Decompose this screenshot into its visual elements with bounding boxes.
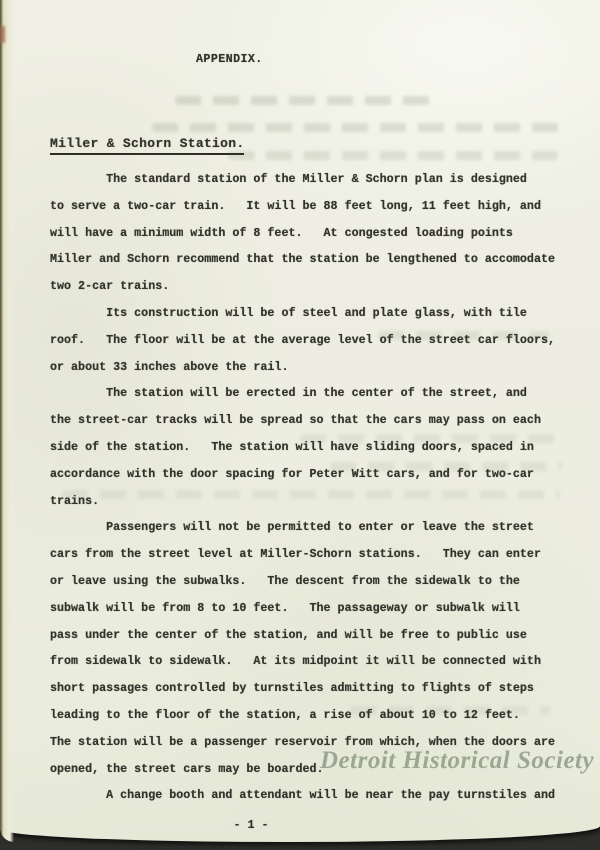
bleed-through-line	[152, 123, 560, 132]
paper-sheet: APPENDIX. Miller & Schorn Station. The s…	[0, 0, 600, 842]
body-line: The standard station of the Miller & Sch…	[50, 166, 580, 193]
body-line: or about 33 inches above the rail.	[50, 354, 580, 381]
body-line: The station will be erected in the cente…	[50, 380, 580, 407]
body-line: cars from the street level at Miller-Sch…	[50, 541, 580, 568]
body-line: Miller and Schorn recommend that the sta…	[50, 246, 580, 273]
body-line: two 2-car trains.	[50, 273, 580, 300]
page-left-edge	[0, 0, 14, 842]
body-line: the street-car tracks will be spread so …	[50, 407, 580, 434]
bleed-through-line	[228, 151, 558, 160]
appendix-title: APPENDIX.	[196, 52, 263, 66]
body-line: leading to the floor of the station, a r…	[50, 702, 580, 729]
body-line: roof. The floor will be at the average l…	[50, 327, 580, 354]
bleed-through-line	[175, 96, 437, 105]
body-line: will have a minimum width of 8 feet. At …	[50, 220, 580, 247]
body-line: trains.	[50, 488, 580, 515]
body-text: The standard station of the Miller & Sch…	[50, 166, 580, 809]
body-line: pass under the center of the station, an…	[50, 622, 580, 649]
body-line: side of the station. The station will ha…	[50, 434, 580, 461]
body-line: accordance with the door spacing for Pet…	[50, 461, 580, 488]
red-edge-mark	[0, 26, 5, 43]
section-heading: Miller & Schorn Station.	[50, 136, 244, 155]
scanned-document: APPENDIX. Miller & Schorn Station. The s…	[0, 0, 600, 850]
page-number: - 1 -	[205, 818, 297, 832]
body-line: short passages controlled by turnstiles …	[50, 675, 580, 702]
body-line: to serve a two-car train. It will be 88 …	[50, 193, 580, 220]
body-line: Passengers will not be permitted to ente…	[50, 514, 580, 541]
watermark: Detroit Historical Society	[320, 747, 594, 775]
body-line: subwalk will be from 8 to 10 feet. The p…	[50, 595, 580, 622]
body-line: or leave using the subwalks. The descent…	[50, 568, 580, 595]
body-line: from sidewalk to sidewalk. At its midpoi…	[50, 648, 580, 675]
body-line: Its construction will be of steel and pl…	[50, 300, 580, 327]
body-line: A change booth and attendant will be nea…	[50, 782, 580, 809]
